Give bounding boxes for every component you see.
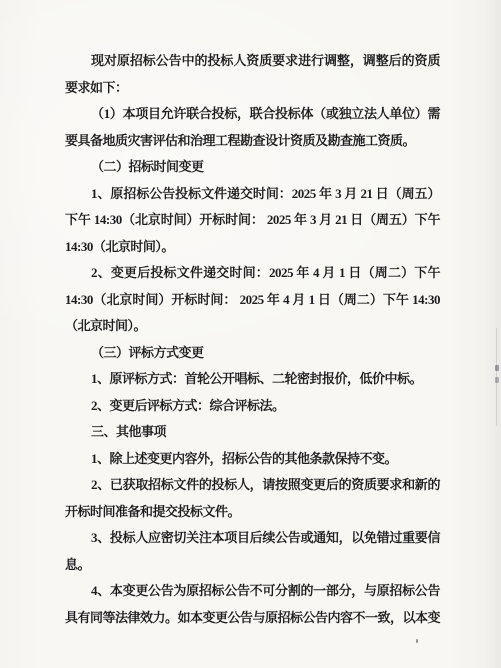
heading-evaluation-method-change: （三）评标方式变更 — [65, 340, 440, 367]
scan-edge-dash-artifact — [495, 377, 499, 383]
para-legal-effect: 4、本变更公告为原招标公告不可分割的一部分，与原招标公告具有同等法律效力。如本变… — [65, 578, 440, 631]
scan-edge-dash-artifact — [495, 365, 499, 371]
para-qualification-adjustment-intro: 现对原招标公告中的投标人资质要求进行调整，调整后的资质要求如下： — [65, 48, 440, 101]
para-follow-up-notice: 3、投标人应密切关注本项目后续公告或通知，以免错过重要信息。 — [65, 525, 440, 578]
para-obtained-documents-notice: 2、已获取招标文件的投标人，请按照变更后的资质要求和新的开标时间准备和提交投标文… — [65, 472, 440, 525]
heading-bid-time-change: （二）招标时间变更 — [65, 154, 440, 181]
para-joint-bid-qualification: （1）本项目允许联合投标，联合投标体（或独立法人单位）需要具备地质灾害评估和治理… — [65, 101, 440, 154]
para-changed-evaluation-method: 2、变更后评标方式：综合评标法。 — [65, 393, 440, 420]
para-changed-bid-time: 2、变更后投标文件递交时间：2025 年 4 月 1 日（周二）下午 14:30… — [65, 260, 440, 340]
para-original-evaluation-method: 1、原评标方式：首轮公开唱标、二轮密封报价，低价中标。 — [65, 366, 440, 393]
scan-speck-artifact — [416, 639, 418, 643]
para-other-terms-unchanged: 1、除上述变更内容外，招标公告的其他条款保持不变。 — [65, 446, 440, 473]
heading-other-matters: 三、其他事项 — [65, 419, 440, 446]
scanned-document-page: 现对原招标公告中的投标人资质要求进行调整，调整后的资质要求如下： （1）本项目允… — [0, 0, 501, 668]
document-body: 现对原招标公告中的投标人资质要求进行调整，调整后的资质要求如下： （1）本项目允… — [65, 48, 440, 631]
para-original-bid-time: 1、原招标公告投标文件递交时间：2025 年 3 月 21 日（周五）下午 14… — [65, 181, 440, 261]
